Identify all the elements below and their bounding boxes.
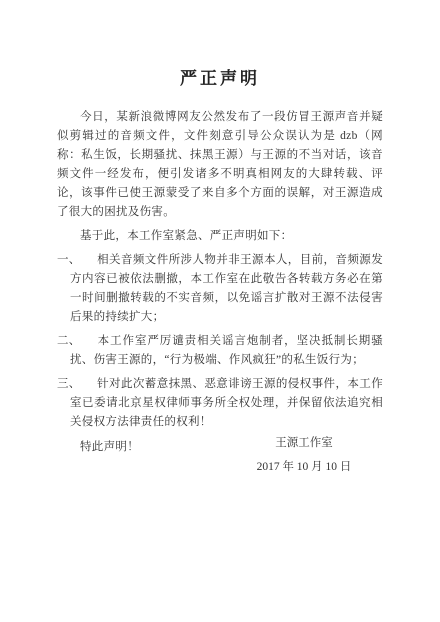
statement-title: 严正声明 [0,64,440,89]
item-3-marker: 三、 [57,375,97,394]
basis-paragraph: 基于此，本工作室紧急、严正声明如下： [57,227,383,246]
item-3-text: 针对此次蓄意抹黑、恶意诽谤王源的侵权事件，本工作室已委请北京星权律师事务所全权处… [70,378,383,428]
item-2-marker: 二、 [57,332,97,351]
item-2-text: 本工作室严厉谴责相关谣言炮制者，坚决抵制长期骚扰、伤害王源的，“行为极端、作风疯… [70,335,383,366]
intro-paragraph: 今日，某新浪微博网友公然发布了一段仿冒王源声音并疑似剪辑过的音频文件，文件刻意引… [57,108,383,222]
item-1-marker: 一、 [57,251,97,270]
signature-name: 王源工作室 [229,434,379,453]
statement-item-3: 三、针对此次蓄意抹黑、恶意诽谤王源的侵权事件，本工作室已委请北京星权律师事务所全… [57,375,383,432]
item-1-text: 相关音频文件所涉人物并非王源本人，目前，音频源发方内容已被依法删撤，本工作室在此… [70,254,383,323]
statement-body: 今日，某新浪微博网友公然发布了一段仿冒王源声音并疑似剪辑过的音频文件，文件刻意引… [57,108,383,457]
signature-block: 王源工作室 2017 年 10 月 10 日 [229,434,379,477]
statement-document-page: 严正声明 今日，某新浪微博网友公然发布了一段仿冒王源声音并疑似剪辑过的音频文件，… [0,0,440,622]
statement-item-2: 二、本工作室严厉谴责相关谣言炮制者，坚决抵制长期骚扰、伤害王源的，“行为极端、作… [57,332,383,370]
statement-item-1: 一、相关音频文件所涉人物并非王源本人，目前，音频源发方内容已被依法删撤，本工作室… [57,251,383,327]
signature-date: 2017 年 10 月 10 日 [229,458,379,477]
